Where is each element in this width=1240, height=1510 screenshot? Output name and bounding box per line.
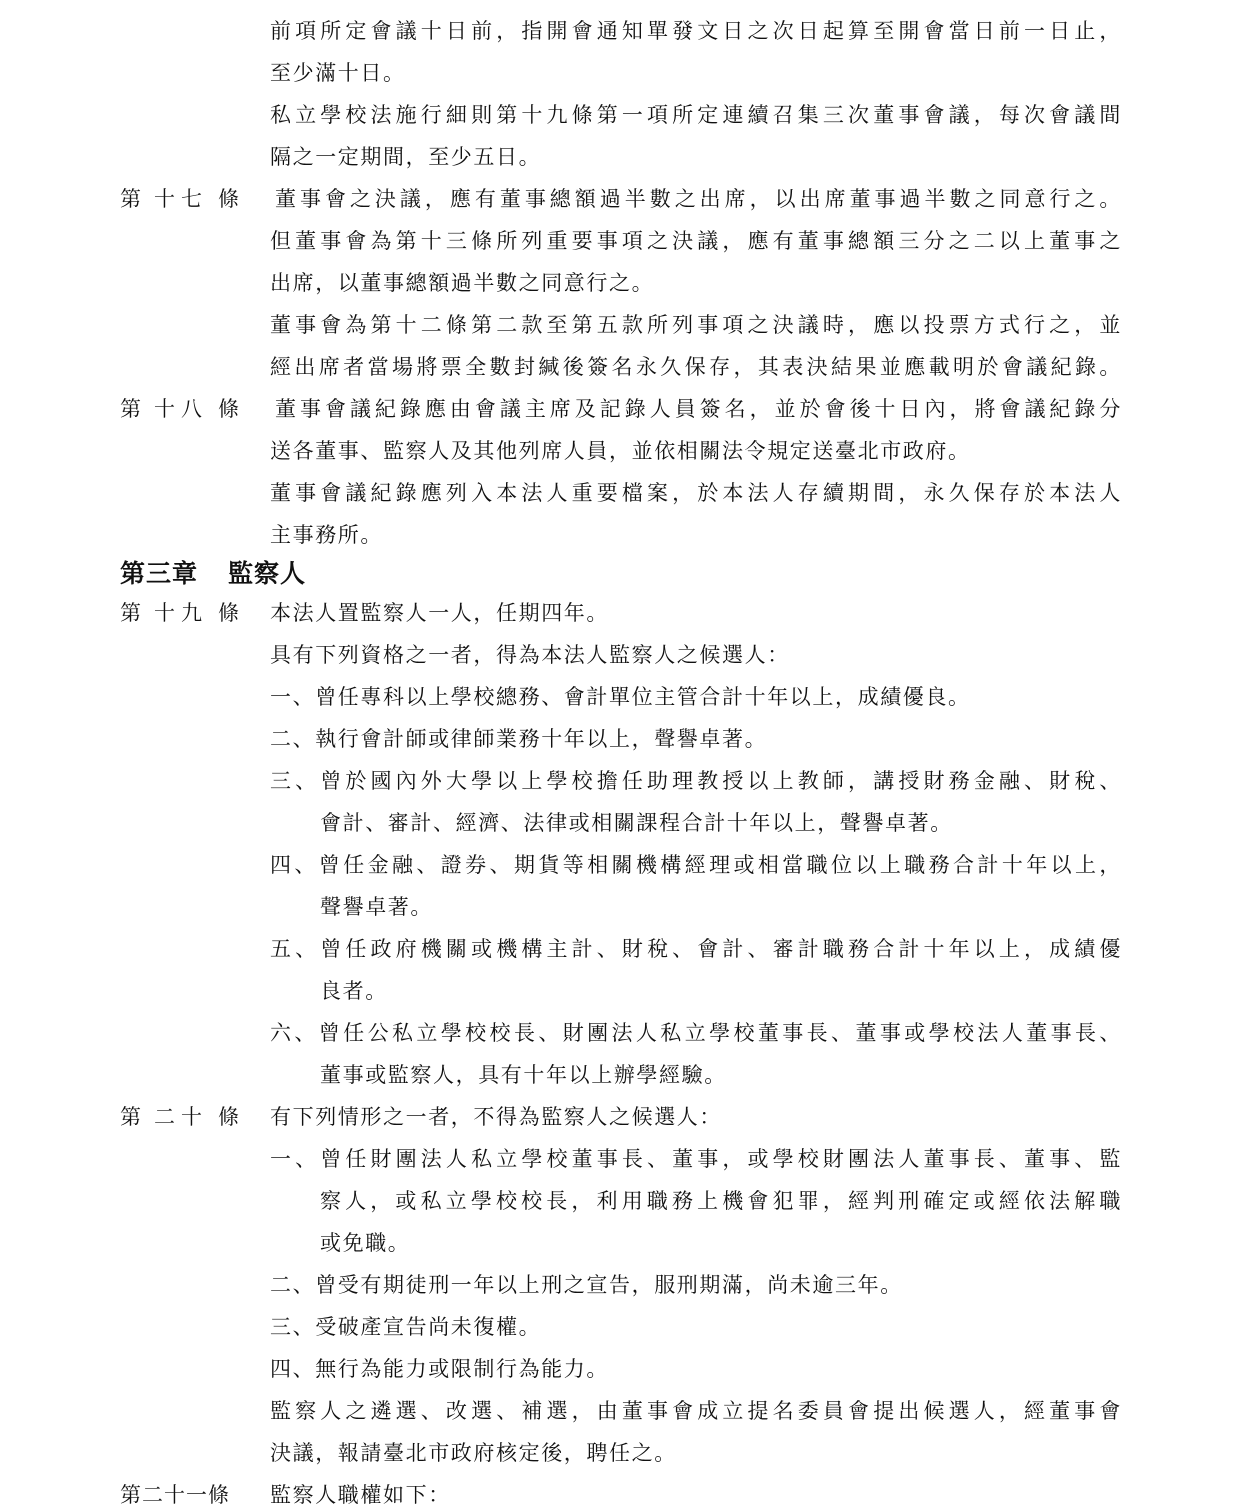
text-line: 但董事會為第十三條所列重要事項之決議，應有董事總額三分之二以上董事之 bbox=[270, 226, 1122, 256]
text-line: 察人，或私立學校校長，利用職務上機會犯罪，經判刑確定或經依法解職 bbox=[320, 1186, 1122, 1216]
article-label-part: 條 bbox=[218, 184, 239, 214]
text-line: 本法人置監察人一人，任期四年。 bbox=[270, 598, 609, 628]
text-line: 隔之一定期間，至少五日。 bbox=[270, 142, 541, 172]
text-line: 送各董事、監察人及其他列席人員，並依相關法令規定送臺北市政府。 bbox=[270, 436, 971, 466]
article-label-part: 第 bbox=[120, 394, 141, 424]
article-label: 第十九條 bbox=[120, 598, 245, 628]
chapter-heading: 第三章監察人 bbox=[120, 557, 306, 591]
text-line: 主事務所。 bbox=[270, 520, 383, 550]
text-line: 一、曾任專科以上學校總務、會計單位主管合計十年以上，成績優良。 bbox=[270, 682, 971, 712]
text-line: 三、受破產宣告尚未復權。 bbox=[270, 1312, 541, 1342]
text-line: 董事會為第十二條第二款至第五款所列事項之決議時，應以投票方式行之，並 bbox=[270, 310, 1122, 340]
article-label-part: 十八 bbox=[154, 394, 208, 424]
text-line: 聲譽卓著。 bbox=[320, 892, 433, 922]
text-line: 有下列情形之一者，不得為監察人之候選人： bbox=[270, 1102, 722, 1132]
article-label: 第二十條 bbox=[120, 1102, 245, 1132]
text-line: 四、曾任金融、證券、期貨等相關機構經理或相當職位以上職務合計十年以上， bbox=[270, 850, 1122, 880]
text-line: 私立學校法施行細則第十九條第一項所定連續召集三次董事會議，每次會議間 bbox=[270, 100, 1122, 130]
text-line: 董事或監察人，具有十年以上辦學經驗。 bbox=[320, 1060, 727, 1090]
text-line: 具有下列資格之一者，得為本法人監察人之候選人： bbox=[270, 640, 790, 670]
text-line: 經出席者當場將票全數封緘後簽名永久保存，其表決結果並應載明於會議紀錄。 bbox=[270, 352, 1122, 382]
article-label: 第十八條 bbox=[120, 394, 245, 424]
text-line: 監察人職權如下： bbox=[270, 1480, 451, 1510]
text-line: 一、曾任財團法人私立學校董事長、董事，或學校財團法人董事長、董事、監 bbox=[270, 1144, 1122, 1174]
article-label-part: 條 bbox=[218, 598, 239, 628]
article-label-part: 條 bbox=[218, 1102, 239, 1132]
article-label-part: 第 bbox=[120, 1102, 141, 1132]
article-label: 第十七條 bbox=[120, 184, 245, 214]
text-line: 五、曾任政府機關或機構主計、財稅、會計、審計職務合計十年以上，成績優 bbox=[270, 934, 1122, 964]
text-line: 決議，報請臺北市政府核定後，聘任之。 bbox=[270, 1438, 677, 1468]
text-line: 良者。 bbox=[320, 976, 388, 1006]
article-label-part: 第 bbox=[120, 598, 141, 628]
text-line: 至少滿十日。 bbox=[270, 58, 406, 88]
text-line: 二、執行會計師或律師業務十年以上，聲譽卓著。 bbox=[270, 724, 767, 754]
text-line: 六、曾任公私立學校校長、財團法人私立學校董事長、董事或學校法人董事長、 bbox=[270, 1018, 1122, 1048]
chapter-title: 監察人 bbox=[228, 559, 306, 588]
text-line: 會計、審計、經濟、法律或相關課程合計十年以上，聲譽卓著。 bbox=[320, 808, 953, 838]
text-line: 董事會之決議，應有董事總額過半數之出席，以出席董事過半數之同意行之。 bbox=[275, 184, 1122, 214]
document-page: 前項所定會議十日前，指開會通知單發文日之次日起算至開會當日前一日止，至少滿十日。… bbox=[0, 0, 1240, 1510]
article-label-part: 十九 bbox=[154, 598, 208, 628]
text-line: 二、曾受有期徒刑一年以上刑之宣告，服刑期滿，尚未逾三年。 bbox=[270, 1270, 903, 1300]
article-label-part: 第 bbox=[120, 184, 141, 214]
text-line: 董事會議紀錄應列入本法人重要檔案，於本法人存續期間，永久保存於本法人 bbox=[270, 478, 1122, 508]
text-line: 監察人之遴選、改選、補選，由董事會成立提名委員會提出候選人，經董事會 bbox=[270, 1396, 1122, 1426]
text-line: 前項所定會議十日前，指開會通知單發文日之次日起算至開會當日前一日止， bbox=[270, 16, 1122, 46]
text-line: 四、無行為能力或限制行為能力。 bbox=[270, 1354, 609, 1384]
article-label-part: 二十 bbox=[154, 1102, 208, 1132]
article-label: 第二十一條 bbox=[120, 1480, 230, 1510]
text-line: 或免職。 bbox=[320, 1228, 410, 1258]
text-line: 三、曾於國內外大學以上學校擔任助理教授以上教師，講授財務金融、財稅、 bbox=[270, 766, 1122, 796]
article-label-part: 十七 bbox=[154, 184, 208, 214]
article-label-part: 條 bbox=[218, 394, 239, 424]
chapter-number: 第三章 bbox=[120, 559, 198, 588]
text-line: 出席，以董事總額過半數之同意行之。 bbox=[270, 268, 654, 298]
text-line: 董事會議紀錄應由會議主席及記錄人員簽名，並於會後十日內，將會議紀錄分 bbox=[275, 394, 1122, 424]
article-label-part: 第二十一條 bbox=[120, 1480, 230, 1510]
